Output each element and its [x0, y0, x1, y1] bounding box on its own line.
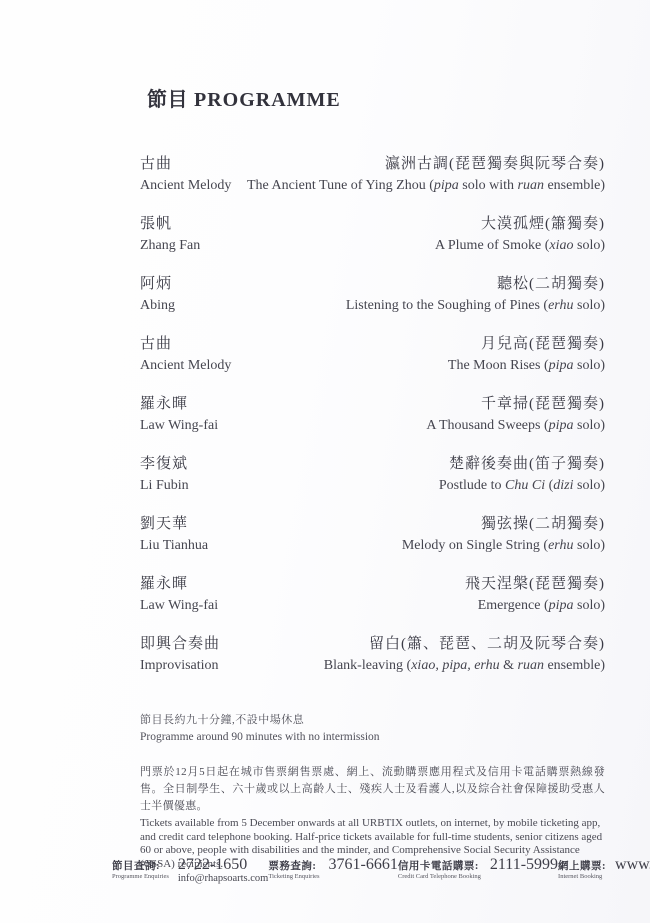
composer-cjk: 劉天華: [140, 513, 208, 535]
contact-values: 3761-6661: [329, 856, 398, 873]
duration-note-cjk: 節目長約九十分鐘,不設中場休息: [140, 712, 380, 729]
composer-cjk: 古曲: [140, 153, 231, 175]
programme-item: 張帆 Zhang Fan 大漠孤煙(簫獨奏) A Plume of Smoke …: [140, 213, 605, 257]
programme-page: 節目PROGRAMME 古曲 Ancient Melody 瀛洲古調(琵琶獨奏與…: [0, 0, 650, 923]
work-title-cjk: 飛天涅槃(琵琶獨奏): [218, 573, 605, 595]
contact-internet-booking: 網上購票: Internet Booking www.urbtix.hk: [558, 856, 650, 880]
contact-labels: 信用卡電話購票: Credit Card Telephone Booking: [398, 856, 481, 880]
contact-label-en: Programme Enquiries: [112, 873, 169, 880]
composer-column: 羅永暉 Law Wing-fai: [140, 393, 218, 437]
work-column: 楚辭後奏曲(笛子獨奏) Postlude to Chu Ci (dizi sol…: [189, 453, 605, 497]
work-column: 千章掃(琵琶獨奏) A Thousand Sweeps (pipa solo): [218, 393, 605, 437]
work-title-cjk: 聽松(二胡獨奏): [175, 273, 605, 295]
page-title: 節目PROGRAMME: [147, 83, 341, 112]
contact-programme-enquiries: 節目查詢: Programme Enquiries 2722-1650 info…: [112, 856, 268, 885]
composer-column: 羅永暉 Law Wing-fai: [140, 573, 218, 617]
work-title-en: Postlude to Chu Ci (dizi solo): [189, 475, 605, 497]
programme-item: 古曲 Ancient Melody 瀛洲古調(琵琶獨奏與阮琴合奏) The An…: [140, 153, 605, 197]
contact-phone: 3761-6661: [329, 856, 398, 873]
contact-credit-card-booking: 信用卡電話購票: Credit Card Telephone Booking 2…: [398, 856, 558, 880]
composer-cjk: 羅永暉: [140, 573, 218, 595]
contact-phone: 2722-1650: [178, 856, 268, 873]
work-title-en: A Thousand Sweeps (pipa solo): [218, 415, 605, 437]
contact-email: info@rhapsoarts.com: [178, 873, 268, 885]
work-title-cjk: 瀛洲古調(琵琶獨奏與阮琴合奏): [231, 153, 605, 175]
contact-labels: 節目查詢: Programme Enquiries: [112, 856, 169, 880]
composer-en: Ancient Melody: [140, 175, 231, 197]
contact-labels: 網上購票: Internet Booking: [558, 856, 606, 880]
work-title-cjk: 留白(簫、琵琶、二胡及阮琴合奏): [220, 633, 605, 655]
composer-column: 劉天華 Liu Tianhua: [140, 513, 208, 557]
work-title-cjk: 楚辭後奏曲(笛子獨奏): [189, 453, 605, 475]
composer-en: Ancient Melody: [140, 355, 231, 377]
work-title-en: Melody on Single String (erhu solo): [208, 535, 605, 557]
composer-cjk: 古曲: [140, 333, 231, 355]
contact-values: www.urbtix.hk: [615, 856, 650, 873]
work-title-en: The Moon Rises (pipa solo): [231, 355, 605, 377]
contact-label-cjk: 票務查詢:: [268, 858, 319, 873]
work-title-en: Listening to the Soughing of Pines (erhu…: [175, 295, 605, 317]
page-title-cjk: 節目: [147, 89, 188, 111]
composer-column: 古曲 Ancient Melody: [140, 153, 231, 197]
composer-cjk: 羅永暉: [140, 393, 218, 415]
programme-item: 羅永暉 Law Wing-fai 千章掃(琵琶獨奏) A Thousand Sw…: [140, 393, 605, 437]
programme-item: 李復斌 Li Fubin 楚辭後奏曲(笛子獨奏) Postlude to Chu…: [140, 453, 605, 497]
programme-list: 古曲 Ancient Melody 瀛洲古調(琵琶獨奏與阮琴合奏) The An…: [140, 153, 605, 693]
page-title-en: PROGRAMME: [194, 89, 341, 111]
composer-en: Liu Tianhua: [140, 535, 208, 557]
duration-note: 節目長約九十分鐘,不設中場休息 Programme around 90 minu…: [140, 712, 380, 745]
work-column: 瀛洲古調(琵琶獨奏與阮琴合奏) The Ancient Tune of Ying…: [231, 153, 605, 197]
contact-labels: 票務查詢: Ticketing Enquiries: [268, 856, 319, 880]
work-title-cjk: 大漠孤煙(簫獨奏): [200, 213, 605, 235]
composer-en: Law Wing-fai: [140, 595, 218, 617]
work-column: 聽松(二胡獨奏) Listening to the Soughing of Pi…: [175, 273, 605, 317]
work-title-en: A Plume of Smoke (xiao solo): [200, 235, 605, 257]
composer-en: Improvisation: [140, 655, 220, 677]
ticketing-note-cjk: 門票於12月5日起在城市售票網售票處、網上、流動購票應用程式及信用卡電話購票熱線…: [140, 764, 605, 815]
composer-cjk: 阿炳: [140, 273, 175, 295]
work-title-cjk: 月兒高(琵琶獨奏): [231, 333, 605, 355]
contact-url: www.urbtix.hk: [615, 856, 650, 873]
composer-column: 張帆 Zhang Fan: [140, 213, 200, 257]
composer-column: 即興合奏曲 Improvisation: [140, 633, 220, 677]
work-title-en: Blank-leaving (xiao, pipa, erhu & ruan e…: [220, 655, 605, 677]
ticketing-note: 門票於12月5日起在城市售票網售票處、網上、流動購票應用程式及信用卡電話購票熱線…: [140, 764, 605, 871]
composer-column: 阿炳 Abing: [140, 273, 175, 317]
work-column: 獨弦操(二胡獨奏) Melody on Single String (erhu …: [208, 513, 605, 557]
contact-label-en: Ticketing Enquiries: [268, 873, 319, 880]
programme-item: 即興合奏曲 Improvisation 留白(簫、琵琶、二胡及阮琴合奏) Bla…: [140, 633, 605, 677]
contact-phone: 2111-5999: [490, 856, 558, 873]
work-title-en: Emergence (pipa solo): [218, 595, 605, 617]
contact-label-cjk: 信用卡電話購票:: [398, 858, 481, 873]
work-column: 留白(簫、琵琶、二胡及阮琴合奏) Blank-leaving (xiao, pi…: [220, 633, 605, 677]
work-column: 飛天涅槃(琵琶獨奏) Emergence (pipa solo): [218, 573, 605, 617]
duration-note-en: Programme around 90 minutes with no inte…: [140, 729, 380, 745]
contact-values: 2722-1650 info@rhapsoarts.com: [178, 856, 268, 885]
contact-label-cjk: 網上購票:: [558, 858, 606, 873]
contact-label-en: Internet Booking: [558, 873, 606, 880]
work-column: 月兒高(琵琶獨奏) The Moon Rises (pipa solo): [231, 333, 605, 377]
contact-label-cjk: 節目查詢:: [112, 858, 169, 873]
composer-en: Zhang Fan: [140, 235, 200, 257]
programme-item: 劉天華 Liu Tianhua 獨弦操(二胡獨奏) Melody on Sing…: [140, 513, 605, 557]
programme-item: 羅永暉 Law Wing-fai 飛天涅槃(琵琶獨奏) Emergence (p…: [140, 573, 605, 617]
programme-item: 古曲 Ancient Melody 月兒高(琵琶獨奏) The Moon Ris…: [140, 333, 605, 377]
composer-en: Law Wing-fai: [140, 415, 218, 437]
work-title-en: The Ancient Tune of Ying Zhou (pipa solo…: [231, 175, 605, 197]
work-column: 大漠孤煙(簫獨奏) A Plume of Smoke (xiao solo): [200, 213, 605, 257]
composer-cjk: 即興合奏曲: [140, 633, 220, 655]
contacts-strip: 節目查詢: Programme Enquiries 2722-1650 info…: [112, 856, 627, 885]
contact-values: 2111-5999: [490, 856, 558, 873]
programme-item: 阿炳 Abing 聽松(二胡獨奏) Listening to the Sough…: [140, 273, 605, 317]
work-title-cjk: 獨弦操(二胡獨奏): [208, 513, 605, 535]
composer-en: Abing: [140, 295, 175, 317]
contact-ticketing-enquiries: 票務查詢: Ticketing Enquiries 3761-6661: [268, 856, 398, 880]
composer-en: Li Fubin: [140, 475, 189, 497]
composer-cjk: 李復斌: [140, 453, 189, 475]
composer-column: 李復斌 Li Fubin: [140, 453, 189, 497]
work-title-cjk: 千章掃(琵琶獨奏): [218, 393, 605, 415]
contact-label-en: Credit Card Telephone Booking: [398, 873, 481, 880]
composer-cjk: 張帆: [140, 213, 200, 235]
composer-column: 古曲 Ancient Melody: [140, 333, 231, 377]
